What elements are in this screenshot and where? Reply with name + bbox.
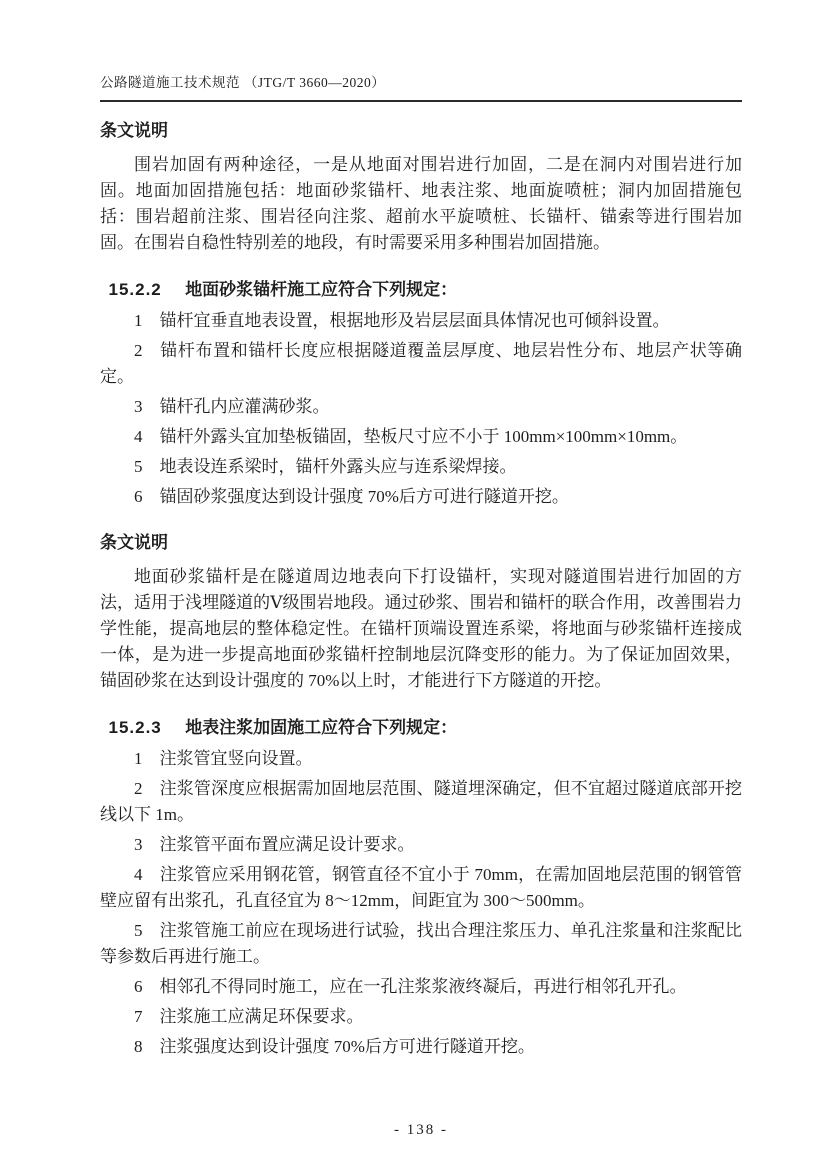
clause-heading-15-2-3: 15.2.3 地表注浆加固施工应符合下列规定：	[100, 715, 742, 741]
clause-item: 6相邻孔不得同时施工，应在一孔注浆浆液终凝后，再进行相邻孔开孔。	[100, 974, 742, 1000]
clause-15-2-3-items: 1注浆管宜竖向设置。 2注浆管深度应根据需加固地层范围、隧道埋深确定，但不宜超过…	[100, 746, 742, 1060]
running-header-title: 公路隧道施工技术规范 （JTG/T 3660—2020）	[100, 75, 385, 90]
page-content: 公路隧道施工技术规范 （JTG/T 3660—2020） 条文说明 围岩加固有两…	[100, 72, 742, 1139]
item-text: 相邻孔不得同时施工，应在一孔注浆浆液终凝后，再进行相邻孔开孔。	[160, 977, 687, 996]
item-text: 注浆管应采用钢花管，钢管直径不宜小于 70mm，在需加固地层范围的钢管管壁应留有…	[100, 865, 742, 910]
item-text: 注浆施工应满足环保要求。	[160, 1007, 364, 1026]
item-number: 2	[134, 779, 143, 798]
item-number: 4	[134, 865, 143, 884]
note-paragraph-1: 围岩加固有两种途径，一是从地面对围岩进行加固，二是在洞内对围岩进行加固。地面加固…	[100, 152, 742, 256]
item-text: 注浆管宜竖向设置。	[160, 749, 313, 768]
item-number: 3	[134, 835, 143, 854]
note-paragraph-2: 地面砂浆锚杆是在隧道周边地表向下打设锚杆，实现对隧道围岩进行加固的方法，适用于浅…	[100, 564, 742, 694]
running-header: 公路隧道施工技术规范 （JTG/T 3660—2020）	[100, 72, 742, 102]
clause-item: 5地表设连系梁时，锚杆外露头应与连系梁焊接。	[100, 454, 742, 480]
item-number: 2	[134, 341, 143, 360]
item-text: 注浆管施工前应在现场进行试验，找出合理注浆压力、单孔注浆量和注浆配比等参数后再进…	[100, 921, 742, 966]
clause-item: 4注浆管应采用钢花管，钢管直径不宜小于 70mm，在需加固地层范围的钢管管壁应留…	[100, 862, 742, 914]
note-heading-1: 条文说明	[100, 118, 742, 144]
note-heading-2: 条文说明	[100, 530, 742, 556]
clause-15-2-2-items: 1锚杆宜垂直地表设置，根据地形及岩层层面具体情况也可倾斜设置。 2锚杆布置和锚杆…	[100, 308, 742, 510]
clause-item: 4锚杆外露头宜加垫板锚固，垫板尺寸应不小于 100mm×100mm×10mm。	[100, 424, 742, 450]
item-text: 锚杆宜垂直地表设置，根据地形及岩层层面具体情况也可倾斜设置。	[160, 311, 670, 330]
clause-item: 6锚固砂浆强度达到设计强度 70%后方可进行隧道开挖。	[100, 484, 742, 510]
clause-item: 7注浆施工应满足环保要求。	[100, 1004, 742, 1030]
clause-item: 1注浆管宜竖向设置。	[100, 746, 742, 772]
item-text: 锚杆外露头宜加垫板锚固，垫板尺寸应不小于 100mm×100mm×10mm。	[160, 427, 688, 446]
clause-item: 8注浆强度达到设计强度 70%后方可进行隧道开挖。	[100, 1034, 742, 1060]
item-text: 注浆管深度应根据需加固地层范围、隧道埋深确定，但不宜超过隧道底部开挖线以下 1m…	[100, 779, 742, 824]
item-number: 6	[134, 977, 143, 996]
item-number: 6	[134, 487, 143, 506]
clause-item: 3锚杆孔内应灌满砂浆。	[100, 394, 742, 420]
item-text: 锚杆孔内应灌满砂浆。	[160, 397, 330, 416]
clause-item: 3注浆管平面布置应满足设计要求。	[100, 832, 742, 858]
clause-item: 2锚杆布置和锚杆长度应根据隧道覆盖层厚度、地层岩性分布、地层产状等确定。	[100, 338, 742, 390]
item-number: 7	[134, 1007, 143, 1026]
item-number: 1	[134, 749, 143, 768]
document-page: 公路隧道施工技术规范 （JTG/T 3660—2020） 条文说明 围岩加固有两…	[0, 0, 826, 1169]
item-number: 8	[134, 1037, 143, 1056]
item-number: 4	[134, 427, 143, 446]
item-text: 注浆管平面布置应满足设计要求。	[160, 835, 415, 854]
item-text: 锚固砂浆强度达到设计强度 70%后方可进行隧道开挖。	[160, 487, 569, 506]
item-text: 地表设连系梁时，锚杆外露头应与连系梁焊接。	[160, 457, 517, 476]
item-number: 1	[134, 311, 143, 330]
clause-heading-15-2-2: 15.2.2 地面砂浆锚杆施工应符合下列规定：	[100, 277, 742, 303]
clause-number: 15.2.2	[109, 280, 162, 299]
item-number: 3	[134, 397, 143, 416]
page-number: - 138 -	[394, 1122, 448, 1138]
clause-number: 15.2.3	[109, 718, 162, 737]
item-number: 5	[134, 457, 143, 476]
page-footer: - 138 -	[100, 1122, 742, 1139]
item-text: 注浆强度达到设计强度 70%后方可进行隧道开挖。	[160, 1037, 535, 1056]
item-number: 5	[134, 921, 143, 940]
clause-title: 地面砂浆锚杆施工应符合下列规定：	[185, 280, 457, 299]
clause-item: 5注浆管施工前应在现场进行试验，找出合理注浆压力、单孔注浆量和注浆配比等参数后再…	[100, 918, 742, 970]
item-text: 锚杆布置和锚杆长度应根据隧道覆盖层厚度、地层岩性分布、地层产状等确定。	[100, 341, 742, 386]
clause-item: 2注浆管深度应根据需加固地层范围、隧道埋深确定，但不宜超过隧道底部开挖线以下 1…	[100, 776, 742, 828]
clause-title: 地表注浆加固施工应符合下列规定：	[185, 718, 457, 737]
clause-item: 1锚杆宜垂直地表设置，根据地形及岩层层面具体情况也可倾斜设置。	[100, 308, 742, 334]
